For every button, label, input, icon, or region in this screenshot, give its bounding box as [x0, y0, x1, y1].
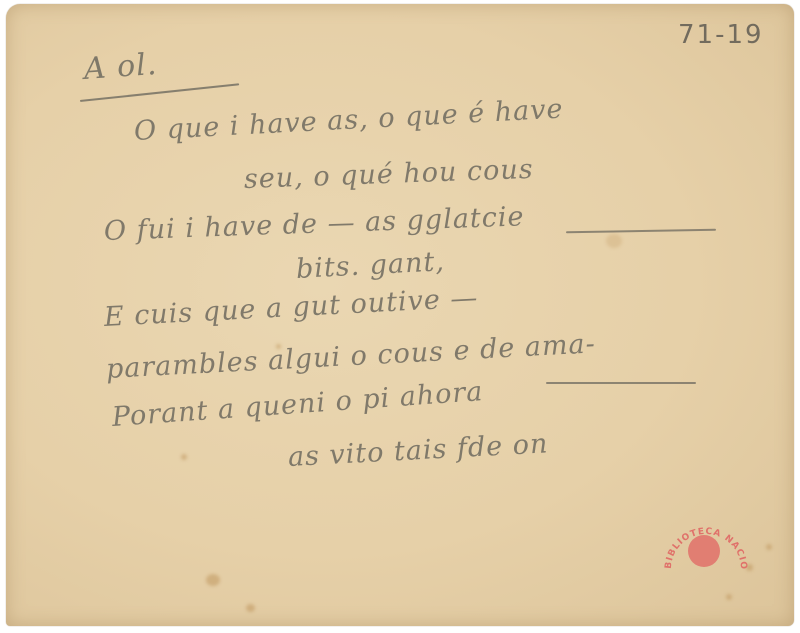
manuscript-line-1: O que i have as, o que é have — [133, 94, 564, 147]
manuscript-line-6: parambles algui o cous e de ama- — [105, 328, 596, 385]
reference-number: 71-19 — [678, 20, 764, 50]
stamp-seal-icon — [688, 535, 720, 567]
title-underline — [80, 83, 239, 102]
manuscript-line-3: O fui i have de — as gglatcie — [103, 201, 525, 247]
foxing-spot — [726, 594, 732, 600]
foxing-spot — [606, 234, 622, 248]
manuscript-line-2: seu, o qué hou cous — [243, 154, 534, 195]
manuscript-line-5: E cuis que a gut outive — — [103, 282, 479, 333]
foxing-spot — [246, 604, 255, 612]
foxing-spot — [766, 544, 772, 550]
strikethrough — [546, 382, 696, 384]
manuscript-line-8: as vito tais fde on — [287, 428, 549, 473]
foxing-spot — [206, 574, 220, 586]
library-stamp: BIBLIOTECA NACIONAL — [661, 509, 751, 579]
manuscript-line-4: bits. gant, — [295, 246, 445, 285]
foxing-spot — [181, 454, 187, 460]
manuscript-page: 71-19 A ol. O que i have as, o que é hav… — [6, 4, 794, 626]
manuscript-line-7: Porant a queni o pi ahora — [111, 376, 484, 433]
strikethrough — [566, 229, 716, 234]
manuscript-title: A ol. — [83, 47, 159, 87]
